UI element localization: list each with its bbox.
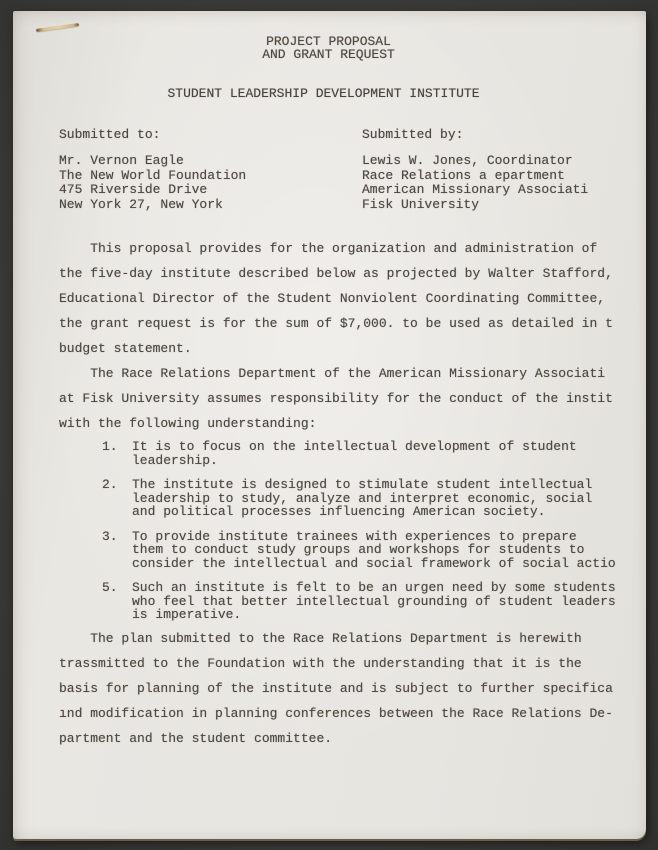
paragraph-line: The Race Relations Department of the Ame… <box>59 361 646 386</box>
submitted-to-block: Submitted to: Mr. Vernon Eagle The New W… <box>59 128 362 212</box>
paragraph-line: the grant request is for the sum of $7,0… <box>59 311 646 336</box>
submitted-to-label: Submitted to: <box>59 128 362 141</box>
list-item: 1. It is to focus on the intellectual de… <box>59 440 646 467</box>
paragraph-line: Educational Director of the Student Nonv… <box>59 286 646 311</box>
paragraph-line: trassmitted to the Foundation with the u… <box>59 651 646 676</box>
list-item: 3. To provide institute trainees with ex… <box>59 530 646 571</box>
list-item-line: leadership to study, analyze and interpr… <box>132 492 592 506</box>
paragraph-line: with the following understanding: <box>59 411 646 436</box>
list-item-text: Such an institute is felt to be an urgen… <box>132 581 616 622</box>
paragraph-line: ınd modification in planning conferences… <box>59 701 646 726</box>
paragraph-line: basis for planning of the institute and … <box>59 676 646 701</box>
list-item-number: 2. <box>102 478 132 519</box>
list-item-line: leadership. <box>132 454 577 468</box>
header-line: AND GRANT REQUEST <box>13 48 646 61</box>
paragraph-line: at Fisk University assumes responsibilit… <box>59 386 646 411</box>
list-item-line: who feel that better intellectual ground… <box>132 595 616 609</box>
document-title: STUDENT LEADERSHIP DEVELOPMENT INSTITUTE <box>13 87 646 100</box>
list-item-line: is imperative. <box>132 608 616 622</box>
staple-mark <box>36 23 79 31</box>
address-line: The New World Foundation <box>59 169 362 184</box>
photo-background: PROJECT PROPOSAL AND GRANT REQUEST STUDE… <box>0 0 658 850</box>
list-item-text: To provide institute trainees with exper… <box>132 530 616 571</box>
list-item-line: and political processes influencing Amer… <box>132 505 592 519</box>
address-line: American Missionary Associati <box>362 183 646 198</box>
submitted-by-block: Submitted by: Lewis W. Jones, Coordinato… <box>362 128 646 212</box>
list-item-text: The institute is designed to stimulate s… <box>132 478 592 519</box>
submitted-to-address: Mr. Vernon Eagle The New World Foundatio… <box>59 154 362 212</box>
list-item-number: 3. <box>102 530 132 571</box>
numbered-list: 1. It is to focus on the intellectual de… <box>59 440 646 622</box>
address-line: New York 27, New York <box>59 198 362 213</box>
list-item-text: It is to focus on the intellectual devel… <box>132 440 577 467</box>
list-item-line: To provide institute trainees with exper… <box>132 530 616 544</box>
address-line: Race Relations a epartment <box>362 169 646 184</box>
list-item-line: Such an institute is felt to be an urgen… <box>132 581 616 595</box>
list-item-number: 5. <box>102 581 132 622</box>
submitted-by-label: Submitted by: <box>362 128 646 141</box>
paragraph-line: the five-day institute described below a… <box>59 261 646 286</box>
address-line: Mr. Vernon Eagle <box>59 154 362 169</box>
address-line: Fisk University <box>362 198 646 213</box>
submitted-by-address: Lewis W. Jones, Coordinator Race Relatio… <box>362 154 646 212</box>
list-item-line: consider the intellectual and social fra… <box>132 557 616 571</box>
address-line: Lewis W. Jones, Coordinator <box>362 154 646 169</box>
paragraph: The Race Relations Department of the Ame… <box>59 361 646 436</box>
list-item-line: The institute is designed to stimulate s… <box>132 478 592 492</box>
document-header: PROJECT PROPOSAL AND GRANT REQUEST <box>13 35 646 61</box>
paragraph-line: partment and the student committee. <box>59 726 646 751</box>
paragraph-line: The plan submitted to the Race Relations… <box>59 626 646 651</box>
document-page: PROJECT PROPOSAL AND GRANT REQUEST STUDE… <box>13 11 646 839</box>
submission-columns: Submitted to: Mr. Vernon Eagle The New W… <box>59 128 646 212</box>
paragraph-line: This proposal provides for the organizat… <box>59 236 646 261</box>
paragraph: The plan submitted to the Race Relations… <box>59 626 646 751</box>
paragraph: This proposal provides for the organizat… <box>59 236 646 361</box>
paragraph-line: budget statement. <box>59 336 646 361</box>
list-item: 2. The institute is designed to stimulat… <box>59 478 646 519</box>
address-line: 475 Riverside Drive <box>59 183 362 198</box>
list-item: 5. Such an institute is felt to be an ur… <box>59 581 646 622</box>
document-body: This proposal provides for the organizat… <box>59 236 646 751</box>
list-item-line: It is to focus on the intellectual devel… <box>132 440 577 454</box>
list-item-number: 1. <box>102 440 132 467</box>
list-item-line: them to conduct study groups and worksho… <box>132 543 616 557</box>
